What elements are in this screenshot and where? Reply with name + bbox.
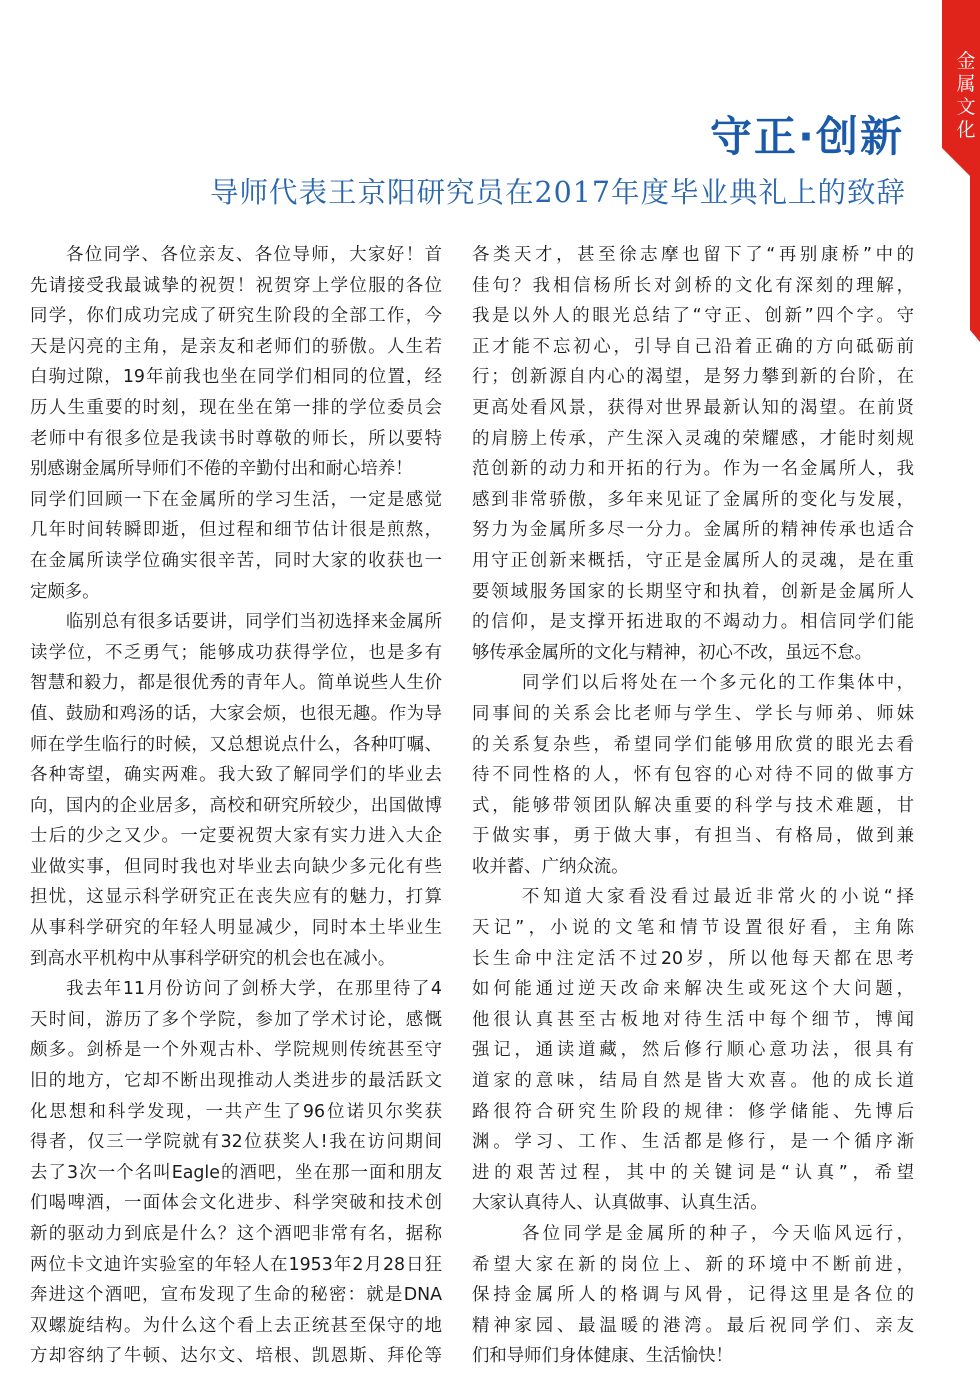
text-line: 奔进这个酒吧，宣布发现了生命的秘密：就是DNA <box>30 1280 442 1311</box>
article-right-column: 各类天才，甚至徐志摩也留下了“再别康桥”中的佳句？我相信杨所长对剑桥的文化有深刻… <box>472 240 914 1372</box>
text-line: 的肩膀上传承，产生深入灵魂的荣耀感，才能时刻规 <box>472 424 914 455</box>
text-line: 几年时间转瞬即逝，但过程和细节估计很是煎熬， <box>30 515 442 546</box>
text-line: 感到非常骄傲，多年来见证了金属所的变化与发展， <box>472 485 914 516</box>
text-line: 历人生重要的时刻，现在坐在第一排的学位委员会 <box>30 393 442 424</box>
text-line: 们喝啤酒，一面体会文化进步、科学突破和技术创 <box>30 1188 442 1219</box>
text-line: 旧的地方，它却不断出现推动人类进步的最活跃文 <box>30 1066 442 1097</box>
text-line: 各位同学、各位亲友、各位导师，大家好！首 <box>30 240 442 271</box>
text-line: 到高水平机构中从事科学研究的机会也在减小。 <box>30 944 442 975</box>
text-line: 努力为金属所多尽一分力。金属所的精神传承也适合 <box>472 515 914 546</box>
text-line: 天时间，游历了多个学院，参加了学术讨论，感慨 <box>30 1005 442 1036</box>
text-line: 不知道大家看没看过最近非常火的小说“择 <box>472 882 914 913</box>
text-line: 的关系复杂些，希望同学们能够用欣赏的眼光去看 <box>472 730 914 761</box>
text-line: 天是闪亮的主角，是亲友和老师们的骄傲。人生若 <box>30 332 442 363</box>
text-line: 各类天才，甚至徐志摩也留下了“再别康桥”中的 <box>472 240 914 271</box>
text-line: 强记，通读道藏，然后修行顺心意功法，很具有 <box>472 1035 914 1066</box>
text-line: 别感谢金属所导师们不倦的辛勤付出和耐心培养！ <box>30 454 442 485</box>
article-title: 守正·创新 <box>710 104 904 164</box>
text-line: 得者，仅三一学院就有32位获奖人!我在访问期间 <box>30 1127 442 1158</box>
text-line: 渊。学习、工作、生活都是修行，是一个循序渐 <box>472 1127 914 1158</box>
text-line: 道家的意味，结局自然是皆大欢喜。他的成长道 <box>472 1066 914 1097</box>
section-tab-char: 金 <box>953 50 979 73</box>
text-line: 正才能不忘初心，引导自己沿着正确的方向砥砺前 <box>472 332 914 363</box>
text-line: 各种寄望，确实两难。我大致了解同学们的毕业去 <box>30 760 442 791</box>
section-tab-char: 属 <box>953 73 979 96</box>
text-line: 向，国内的企业居多，高校和研究所较少，出国做博 <box>30 791 442 822</box>
text-line: 如何能通过逆天改命来解决生或死这个大问题， <box>472 974 914 1005</box>
text-line: 佳句？我相信杨所长对剑桥的文化有深刻的理解， <box>472 271 914 302</box>
text-line: 在金属所读学位确实很辛苦，同时大家的收获也一 <box>30 546 442 577</box>
article-subtitle: 导师代表王京阳研究员在2017年度毕业典礼上的致辞 <box>210 170 906 211</box>
text-line: 读学位，不乏勇气；能够成功获得学位，也是多有 <box>30 638 442 669</box>
text-line: 智慧和毅力，都是很优秀的青年人。简单说些人生价 <box>30 668 442 699</box>
text-line: 先请接受我最诚挚的祝贺！祝贺穿上学位服的各位 <box>30 271 442 302</box>
text-line: 同学，你们成功完成了研究生阶段的全部工作，今 <box>30 301 442 332</box>
text-line: 临别总有很多话要讲，同学们当初选择来金属所 <box>30 607 442 638</box>
text-line: 路很符合研究生阶段的规律：修学储能、先博后 <box>472 1097 914 1128</box>
text-line: 白驹过隙，19年前我也坐在同学们相同的位置，经 <box>30 362 442 393</box>
text-line: 行；创新源自内心的渴望，是努力攀到新的台阶，在 <box>472 362 914 393</box>
text-line: 更高处看风景，获得对世界最新认知的渴望。在前贤 <box>472 393 914 424</box>
text-line: 值、鼓励和鸡汤的话，大家会烦，也很无趣。作为导 <box>30 699 442 730</box>
article-left-column: 各位同学、各位亲友、各位导师，大家好！首先请接受我最诚挚的祝贺！祝贺穿上学位服的… <box>30 240 442 1372</box>
text-line: 于做实事，勇于做大事，有担当、有格局，做到兼 <box>472 821 914 852</box>
text-line: 老师中有很多位是我读书时尊敬的师长，所以要特 <box>30 424 442 455</box>
text-line: 方却容纳了牛顿、达尔文、培根、凯恩斯、拜伦等 <box>30 1341 442 1372</box>
text-line: 进的艰苦过程，其中的关键词是“认真”，希望 <box>472 1158 914 1189</box>
text-line: 长生命中注定活不过20岁，所以他每天都在思考 <box>472 944 914 975</box>
text-line: 天记”，小说的文笔和情节设置很好看，主角陈 <box>472 913 914 944</box>
text-line: 同学们回顾一下在金属所的学习生活，一定是感觉 <box>30 485 442 516</box>
text-line: 去了3次一个名叫Eagle的酒吧，坐在那一面和朋友 <box>30 1158 442 1189</box>
text-line: 式，能够带领团队解决重要的科学与技术难题，甘 <box>472 791 914 822</box>
text-line: 两位卡文迪许实验室的年轻人在1953年2月28日狂 <box>30 1250 442 1281</box>
text-line: 各位同学是金属所的种子，今天临风远行， <box>472 1219 914 1250</box>
text-line: 精神家园、最温暖的港湾。最后祝同学们、亲友 <box>472 1311 914 1342</box>
text-line: 担忧，这显示科学研究正在丧失应有的魅力，打算 <box>30 882 442 913</box>
text-line: 要领域服务国家的长期坚守和执着，创新是金属所人 <box>472 577 914 608</box>
section-tab-label: 金 属 文 化 <box>953 50 979 142</box>
text-line: 希望大家在新的岗位上、新的环境中不断前进， <box>472 1250 914 1281</box>
text-line: 从事科学研究的年轻人明显减少，同时本土毕业生 <box>30 913 442 944</box>
text-line: 我去年11月份访问了剑桥大学，在那里待了4 <box>30 974 442 1005</box>
text-line: 们和导师们身体健康、生活愉快！ <box>472 1341 914 1372</box>
text-line: 保持金属所人的格调与风骨，记得这里是各位的 <box>472 1280 914 1311</box>
text-line: 新的驱动力到底是什么？这个酒吧非常有名，据称 <box>30 1219 442 1250</box>
text-line: 我是以外人的眼光总结了“守正、创新”四个字。守 <box>472 301 914 332</box>
text-line: 够传承金属所的文化与精神，初心不改，虽远不怠。 <box>472 638 914 669</box>
text-line: 的信仰，是支撑开拓进取的不竭动力。相信同学们能 <box>472 607 914 638</box>
text-line: 大家认真待人、认真做事、认真生活。 <box>472 1188 914 1219</box>
text-line: 范创新的动力和开拓的行为。作为一名金属所人，我 <box>472 454 914 485</box>
text-line: 用守正创新来概括，守正是金属所人的灵魂，是在重 <box>472 546 914 577</box>
text-line: 收并蓄、广纳众流。 <box>472 852 914 883</box>
text-line: 颇多。剑桥是一个外观古朴、学院规则传统甚至守 <box>30 1035 442 1066</box>
text-line: 同事间的关系会比老师与学生、学长与师弟、师妹 <box>472 699 914 730</box>
text-line: 同学们以后将处在一个多元化的工作集体中， <box>472 668 914 699</box>
text-line: 士后的少之又少。一定要祝贺大家有实力进入大企 <box>30 821 442 852</box>
text-line: 化思想和科学发现，一共产生了96位诺贝尔奖获 <box>30 1097 442 1128</box>
text-line: 业做实事，但同时我也对毕业去向缺少多元化有些 <box>30 852 442 883</box>
text-line: 待不同性格的人，怀有包容的心对待不同的做事方 <box>472 760 914 791</box>
text-line: 定颇多。 <box>30 577 442 608</box>
text-line: 他很认真甚至古板地对待生活中每个细节，博闻 <box>472 1005 914 1036</box>
section-tab-char: 化 <box>953 119 979 142</box>
text-line: 师在学生临行的时候，又总想说点什么，各种叮嘱、 <box>30 730 442 761</box>
text-line: 双螺旋结构。为什么这个看上去正统甚至保守的地 <box>30 1311 442 1342</box>
section-tab-char: 文 <box>953 96 979 119</box>
